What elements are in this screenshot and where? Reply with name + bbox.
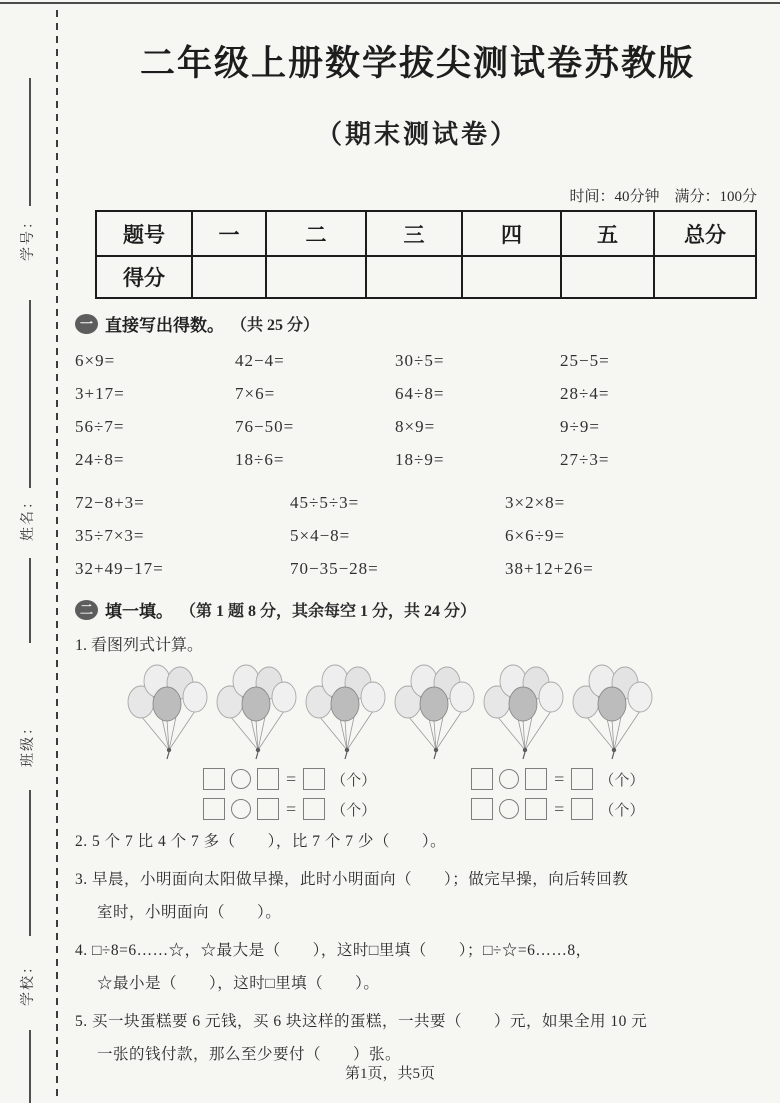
operator-circle (499, 799, 519, 819)
equals-sign: = (554, 799, 564, 820)
student-name-blank-line (29, 300, 31, 488)
answer-box (471, 798, 493, 820)
equals-sign: = (286, 769, 296, 790)
arithmetic-problem: 35÷7×3= (75, 519, 290, 552)
arithmetic-problem: 3+17= (75, 377, 235, 410)
question4: 4. □÷8=6……☆，☆最大是（ ），这时□里填（ ）；□÷☆=6……8， ☆… (75, 934, 760, 1000)
equation-box-rows: =（个）=（个）=（个）=（个） (203, 768, 760, 820)
arithmetic-problem: 27÷3= (560, 443, 760, 476)
question5-line1: 5. 买一块蛋糕要 6 元钱，买 6 块这样的蛋糕，一共要（ ）元，如果全用 1… (75, 1005, 760, 1038)
answer-box (257, 768, 279, 790)
balloon-bunch-illustration (214, 660, 300, 760)
balloon-bunch-illustration (125, 660, 211, 760)
equation-unit-label: （个） (331, 769, 376, 790)
operator-circle (231, 769, 251, 789)
score-table-header-cell: 二 (266, 211, 366, 256)
answer-box (525, 768, 547, 790)
score-cell-empty (462, 256, 561, 298)
equation-row: =（个）=（个） (203, 768, 760, 790)
score-cell-empty (366, 256, 462, 298)
section1-header: 一 直接写出得数。 （共 25 分） (75, 311, 760, 336)
arithmetic-problem: 8×9= (395, 410, 560, 443)
answer-box (571, 768, 593, 790)
arithmetic-problem: 76−50= (235, 410, 395, 443)
arithmetic-problem: 6×6÷9= (505, 519, 760, 552)
section1-title: 直接写出得数。 (105, 311, 224, 336)
equals-sign: = (554, 769, 564, 790)
section1-points: （共 25 分） (231, 312, 319, 335)
section2-header: 二 填一填。 （第 1 题 8 分，其余每空 1 分，共 24 分） (75, 597, 760, 622)
exam-meta: 时间：40分钟 满分：100分 (75, 185, 760, 206)
score-table: 题号一二三四五总分得分 (95, 210, 757, 299)
section2-points: （第 1 题 8 分，其余每空 1 分，共 24 分） (180, 598, 476, 621)
school-label: 学校： (17, 937, 37, 1027)
balloon-illustration-row (125, 660, 760, 760)
score-table-header-cell: 题号 (96, 211, 192, 256)
arithmetic-problem: 18÷9= (395, 443, 560, 476)
answer-box (303, 798, 325, 820)
arithmetic-problem: 64÷8= (395, 377, 560, 410)
page-title: 二年级上册数学拔尖测试卷苏教版 (75, 36, 760, 86)
score-cell-empty (266, 256, 366, 298)
equation-group: =（个） (471, 798, 644, 820)
score-cell-empty (654, 256, 756, 298)
question2: 2. 5 个 7 比 4 个 7 多（ ），比 7 个 7 少（ ）。 (75, 825, 760, 858)
arithmetic-problem: 38+12+26= (505, 552, 760, 585)
equation-group: =（个） (203, 798, 376, 820)
test-paper-page: 学号： 姓名： 班级： 学校： 二年级上册数学拔尖测试卷苏教版 （期末测试卷） … (0, 0, 780, 1103)
school-blank-line (29, 790, 31, 936)
score-table-row-label: 得分 (96, 256, 192, 298)
paper-content: 二年级上册数学拔尖测试卷苏教版 （期末测试卷） 时间：40分钟 满分：100分 … (75, 0, 760, 1071)
balloon-bunch-illustration (303, 660, 389, 760)
equation-group: =（个） (471, 768, 644, 790)
answer-box (303, 768, 325, 790)
arithmetic-problem: 5×4−8= (290, 519, 505, 552)
balloon-bunch-illustration (481, 660, 567, 760)
student-name-label: 姓名： (17, 472, 37, 562)
equation-unit-label: （个） (599, 769, 644, 790)
score-cell-empty (561, 256, 654, 298)
question3: 3. 早晨，小明面向太阳做早操，此时小明面向（ ）；做完早操，向后转回教 室时，… (75, 863, 760, 929)
score-table-header-cell: 总分 (654, 211, 756, 256)
equation-unit-label: （个） (331, 799, 376, 820)
answer-box (571, 798, 593, 820)
page-number-footer: 第1页，共5页 (0, 1062, 780, 1083)
balloon-bunch-illustration (570, 660, 656, 760)
arithmetic-problem: 3×2×8= (505, 486, 760, 519)
operator-circle (499, 769, 519, 789)
arithmetic-problem: 28÷4= (560, 377, 760, 410)
equation-group: =（个） (203, 768, 376, 790)
page-subtitle: （期末测试卷） (75, 114, 760, 151)
question4-line2: ☆最小是（ ），这时□里填（ ）。 (97, 967, 760, 1000)
arithmetic-problem: 32+49−17= (75, 552, 290, 585)
score-table-score-row: 得分 (96, 256, 756, 298)
arithmetic-problem: 45÷5÷3= (290, 486, 505, 519)
arithmetic-problem: 6×9= (75, 344, 235, 377)
arithmetic-grid-3col: 72−8+3=45÷5÷3=3×2×8=35÷7×3=5×4−8=6×6÷9=3… (75, 486, 760, 585)
question3-line2: 室时，小明面向（ ）。 (97, 896, 760, 929)
question4-line1: 4. □÷8=6……☆，☆最大是（ ），这时□里填（ ）；□÷☆=6……8， (75, 934, 760, 967)
balloon-bunch-illustration (392, 660, 478, 760)
question3-line1: 3. 早晨，小明面向太阳做早操，此时小明面向（ ）；做完早操，向后转回教 (75, 863, 760, 896)
arithmetic-problem: 56÷7= (75, 410, 235, 443)
student-id-blank-line (29, 78, 31, 206)
arithmetic-problem: 18÷6= (235, 443, 395, 476)
arithmetic-problem: 24÷8= (75, 443, 235, 476)
answer-box (203, 768, 225, 790)
answer-box (257, 798, 279, 820)
question2-text: 2. 5 个 7 比 4 个 7 多（ ），比 7 个 7 少（ ）。 (75, 825, 760, 858)
arithmetic-problem: 30÷5= (395, 344, 560, 377)
class-blank-line (29, 558, 31, 643)
arithmetic-problem: 72−8+3= (75, 486, 290, 519)
answer-box (525, 798, 547, 820)
question1-text: 1. 看图列式计算。 (75, 634, 760, 658)
student-id-label: 学号： (17, 192, 37, 282)
arithmetic-problem: 70−35−28= (290, 552, 505, 585)
section2-badge: 二 (75, 600, 98, 620)
section2-title: 填一填。 (105, 597, 173, 622)
arithmetic-problem: 25−5= (560, 344, 760, 377)
operator-circle (231, 799, 251, 819)
arithmetic-problem: 42−4= (235, 344, 395, 377)
score-table-header-cell: 三 (366, 211, 462, 256)
arithmetic-grid-4col: 6×9=42−4=30÷5=25−5=3+17=7×6=64÷8=28÷4=56… (75, 344, 760, 476)
arithmetic-problem: 7×6= (235, 377, 395, 410)
arithmetic-problem: 9÷9= (560, 410, 760, 443)
answer-box (203, 798, 225, 820)
score-table-header-cell: 一 (192, 211, 266, 256)
answer-box (471, 768, 493, 790)
score-cell-empty (192, 256, 266, 298)
class-label: 班级： (17, 698, 37, 788)
equals-sign: = (286, 799, 296, 820)
section1-badge: 一 (75, 314, 98, 334)
score-table-header-row: 题号一二三四五总分 (96, 211, 756, 256)
equation-row: =（个）=（个） (203, 798, 760, 820)
equation-unit-label: （个） (599, 799, 644, 820)
seal-dashed-line (56, 10, 58, 1100)
score-table-header-cell: 五 (561, 211, 654, 256)
score-table-header-cell: 四 (462, 211, 561, 256)
